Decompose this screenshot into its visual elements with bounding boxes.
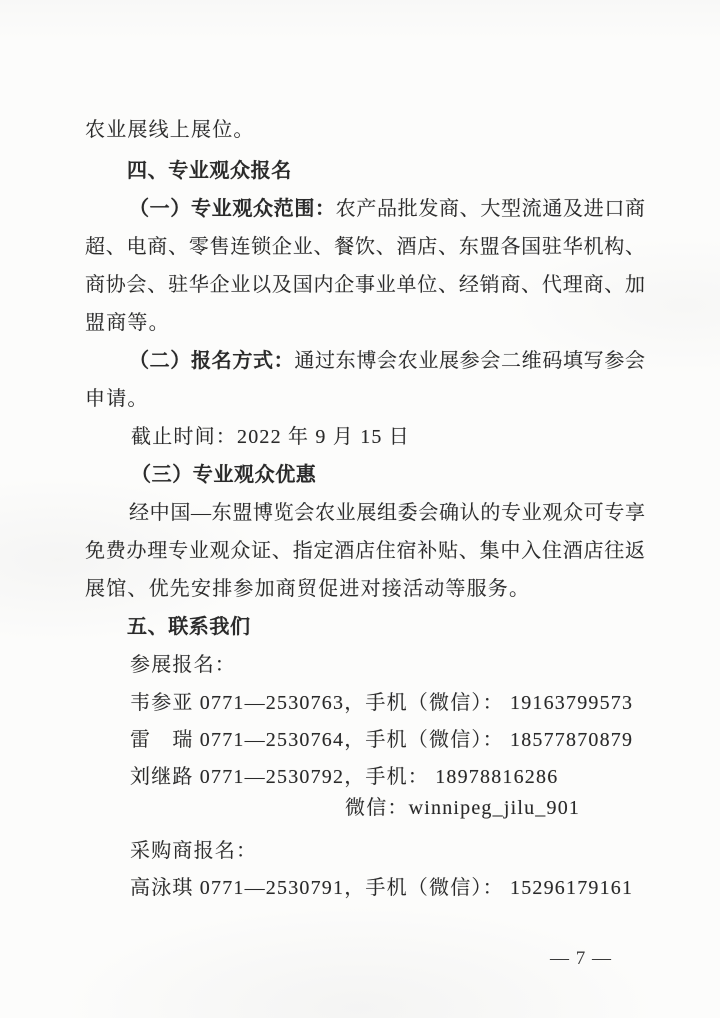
- method-paragraph-line-1: （二）报名方式：通过东博会农业展参会二维码填写参会: [129, 348, 645, 375]
- contact-line-liu-jilu: 刘继路 0771—2530792，手机： 18978816286: [130, 764, 558, 791]
- scope-paragraph-line-4: 盟商等。: [85, 310, 170, 337]
- deadline-line: 截止时间：2022 年 9 月 15 日: [131, 424, 410, 451]
- buyer-registration-label: 采购商报名：: [130, 838, 257, 865]
- section-heading-5: 五、联系我们: [127, 614, 251, 641]
- scope-line-1-text: 农产品批发商、大型流通及进口商: [336, 198, 645, 220]
- contact-line-wei-shenya: 韦参亚 0771—2530763，手机（微信）： 19163799573: [130, 690, 633, 717]
- scope-paragraph-line-1: （一）专业观众范围：农产品批发商、大型流通及进口商: [129, 196, 645, 223]
- benefits-paragraph-line-1: 经中国—东盟博览会农业展组委会确认的专业观众可专享: [129, 500, 645, 527]
- method-paragraph-line-2: 申请。: [85, 386, 149, 413]
- method-label: （二）报名方式：: [129, 350, 294, 372]
- section-heading-4: 四、专业观众报名: [127, 158, 292, 185]
- contact-line-lei-rui: 雷 瑞 0771—2530764，手机（微信）： 18577870879: [130, 727, 633, 754]
- scope-paragraph-line-3: 商协会、驻华企业以及国内企事业单位、经销商、代理商、加: [85, 272, 645, 299]
- scope-paragraph-line-2: 超、电商、零售连锁企业、餐饮、酒店、东盟各国驻华机构、: [85, 234, 645, 261]
- method-line-1-text: 通过东博会农业展参会二维码填写参会: [294, 350, 645, 372]
- scanned-document-page: 农业展线上展位。 四、专业观众报名 （一）专业观众范围：农产品批发商、大型流通及…: [0, 0, 720, 1018]
- benefits-heading: （三）专业观众优惠: [131, 462, 316, 489]
- exhibitor-registration-label: 参展报名：: [130, 652, 236, 679]
- contact-line-gao-yongqi: 高泳琪 0771—2530791，手机（微信）： 15296179161: [130, 875, 633, 902]
- benefits-paragraph-line-3: 展馆、优先安排参加商贸促进对接活动等服务。: [85, 576, 530, 603]
- benefits-paragraph-line-2: 免费办理专业观众证、指定酒店住宿补贴、集中入住酒店往返: [85, 538, 645, 565]
- paragraph-continuation-line: 农业展线上展位。: [85, 117, 255, 144]
- contact-wechat-line: 微信：winnipeg_jilu_901: [345, 795, 580, 822]
- page-number: — 7 —: [550, 948, 612, 970]
- scope-label: （一）专业观众范围：: [129, 198, 336, 220]
